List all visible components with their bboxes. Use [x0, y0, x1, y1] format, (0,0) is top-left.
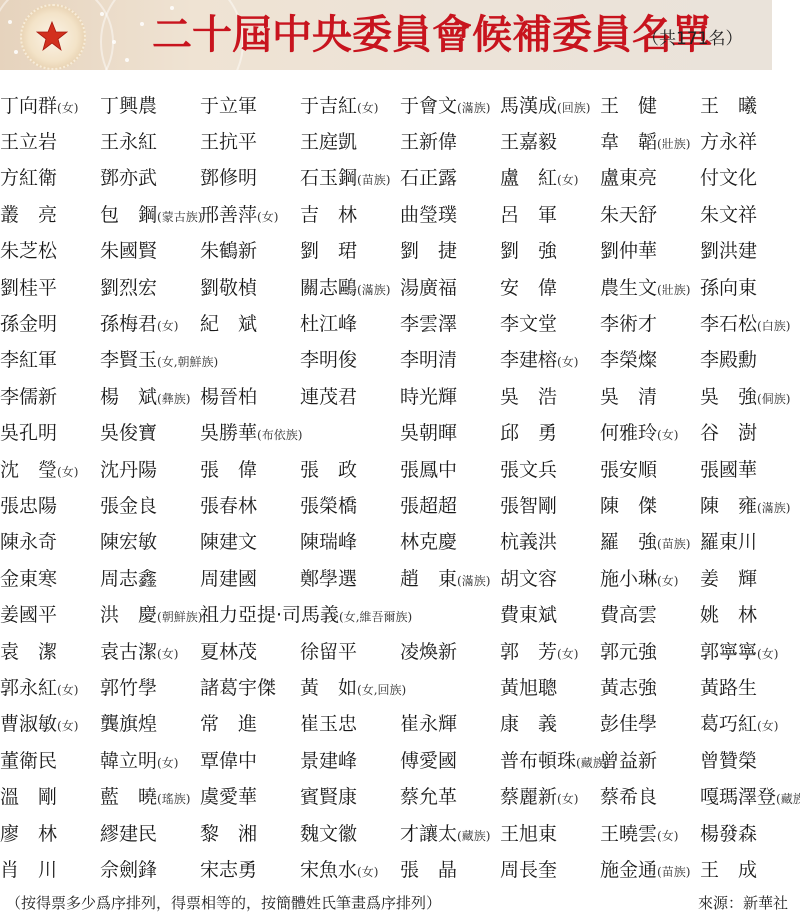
member-name: 吳俊寶 — [100, 422, 157, 444]
member-annotation: (滿族) — [757, 501, 790, 515]
member-name: 姚 林 — [700, 604, 757, 626]
list-item: 叢 亮 — [0, 200, 100, 227]
member-name: 朱天舒 — [600, 204, 657, 226]
list-item: 才讓太(藏族) — [400, 819, 500, 846]
list-item: 張榮橋 — [300, 491, 400, 518]
member-annotation: (女) — [657, 428, 678, 442]
member-name: 孫金明 — [0, 313, 57, 335]
member-name: 楊發森 — [700, 823, 757, 845]
member-name: 吳孔明 — [0, 422, 57, 444]
list-item: 丁興農 — [100, 91, 200, 118]
member-annotation: (滿族) — [357, 283, 390, 297]
member-name: 周建國 — [200, 568, 257, 590]
member-name: 王 曦 — [700, 95, 757, 117]
member-name: 陳永奇 — [0, 531, 57, 553]
member-name: 邱 勇 — [500, 422, 557, 444]
list-item: 朱文祥 — [700, 200, 800, 227]
member-name: 常 進 — [200, 713, 257, 735]
list-item: 郭竹學 — [100, 673, 200, 700]
list-item: 張超超 — [400, 491, 500, 518]
member-annotation: (女) — [757, 719, 778, 733]
member-annotation: (女) — [357, 865, 378, 879]
member-name: 張 偉 — [200, 459, 257, 481]
list-item: 周建國 — [200, 564, 300, 591]
list-item: 虞愛華 — [200, 782, 300, 809]
list-item: 周志鑫 — [100, 564, 200, 591]
list-item: 蔡麗新(女) — [500, 782, 600, 809]
member-name: 朱國賢 — [100, 240, 157, 262]
list-item: 韋 韜(壯族) — [600, 127, 700, 154]
member-name: 李文堂 — [500, 313, 557, 335]
list-item: 朱國賢 — [100, 236, 200, 263]
list-item: 邢善萍(女) — [200, 200, 300, 227]
list-item: 谷 澍 — [700, 418, 800, 445]
member-name: 姜國平 — [0, 604, 57, 626]
red-star-icon — [36, 20, 68, 52]
list-item: 方紅衛 — [0, 163, 100, 190]
list-item: 凌煥新 — [400, 637, 500, 664]
member-annotation: (苗族) — [357, 173, 390, 187]
member-name: 崔永輝 — [400, 713, 457, 735]
list-item: 王永紅 — [100, 127, 200, 154]
list-item: 董衛民 — [0, 746, 100, 773]
member-annotation: (女) — [657, 574, 678, 588]
member-name: 叢 亮 — [0, 204, 57, 226]
list-item: 沈 瑩(女) — [0, 455, 100, 482]
member-name: 李儒新 — [0, 386, 57, 408]
member-name: 陳瑞峰 — [300, 531, 357, 553]
member-name: 馬漢成 — [500, 95, 557, 117]
list-item: 康 義 — [500, 709, 600, 736]
name-row: 金東寒周志鑫周建國鄭學選趙 東(滿族)胡文容施小琳(女)姜 輝 — [0, 559, 800, 595]
member-name: 劉桂平 — [0, 277, 57, 299]
list-item: 祖力亞提·司馬義(女,維吾爾族) — [200, 600, 300, 627]
member-name: 孫向東 — [700, 277, 757, 299]
member-name: 景建峰 — [300, 750, 357, 772]
member-name: 鄧亦武 — [100, 167, 157, 189]
member-name: 吳 浩 — [500, 386, 557, 408]
member-name: 丁興農 — [100, 95, 157, 117]
member-annotation: (女) — [57, 465, 78, 479]
member-annotation: (女) — [157, 756, 178, 770]
list-item: 施金通(苗族) — [600, 855, 700, 882]
member-name: 朱文祥 — [700, 204, 757, 226]
member-name: 杜江峰 — [300, 313, 357, 335]
member-name: 吉 林 — [300, 204, 357, 226]
list-item: 洪 慶(朝鮮族) — [100, 600, 200, 627]
member-name: 李石松 — [700, 313, 757, 335]
list-item: 陳瑞峰 — [300, 527, 400, 554]
member-name: 曹淑敏 — [0, 713, 57, 735]
list-item: 普布頓珠(藏族) — [500, 746, 600, 773]
member-name: 曾益新 — [600, 750, 657, 772]
member-name: 黃 如 — [300, 677, 357, 699]
page-title: 二十屆中央委員會候補委員名單 — [152, 8, 712, 62]
member-annotation: (壯族) — [657, 137, 690, 151]
list-item: 王新偉 — [400, 127, 500, 154]
list-item: 丁向群(女) — [0, 91, 100, 118]
member-name: 劉 強 — [500, 240, 557, 262]
member-annotation: (女) — [757, 647, 778, 661]
member-annotation: (朝鮮族) — [157, 610, 202, 624]
name-row: 董衛民韓立明(女)覃偉中景建峰傅愛國普布頓珠(藏族)曾益新曾贊榮 — [0, 741, 800, 777]
list-item: 崔玉忠 — [300, 709, 400, 736]
list-item: 宋志勇 — [200, 855, 300, 882]
list-item: 劉仲華 — [600, 236, 700, 263]
list-item: 孫金明 — [0, 309, 100, 336]
list-item: 吳 清 — [600, 382, 700, 409]
list-item: 王旭東 — [500, 819, 600, 846]
member-name: 袁 潔 — [0, 641, 57, 663]
list-item: 彭佳學 — [600, 709, 700, 736]
member-name: 郭永紅 — [0, 677, 57, 699]
list-item: 陳 雍(滿族) — [700, 491, 800, 518]
member-name: 邢善萍 — [200, 204, 257, 226]
list-item: 覃偉中 — [200, 746, 300, 773]
member-name: 蔡希良 — [600, 786, 657, 808]
list-item: 陳永奇 — [0, 527, 100, 554]
name-row: 袁 潔袁古潔(女)夏林茂徐留平凌煥新郭 芳(女)郭元強郭寧寧(女) — [0, 632, 800, 668]
list-item: 張文兵 — [500, 455, 600, 482]
list-item: 杭義洪 — [500, 527, 600, 554]
member-name: 方永祥 — [700, 131, 757, 153]
list-item: 時光輝 — [400, 382, 500, 409]
list-item: 曲瑩璞 — [400, 200, 500, 227]
member-name: 沈 瑩 — [0, 459, 57, 481]
list-item: 李殿勳 — [700, 345, 800, 372]
member-name: 康 義 — [500, 713, 557, 735]
member-name: 張安順 — [600, 459, 657, 481]
list-item: 劉 捷 — [400, 236, 500, 263]
member-annotation: (女) — [557, 355, 578, 369]
list-item: 包 鋼(蒙古族) — [100, 200, 200, 227]
list-item: 徐留平 — [300, 637, 400, 664]
member-annotation: (女) — [557, 173, 578, 187]
member-name: 鄭學選 — [300, 568, 357, 590]
member-name: 湯廣福 — [400, 277, 457, 299]
list-item: 賓賢康 — [300, 782, 400, 809]
list-item: 盧東亮 — [600, 163, 700, 190]
list-item: 陳宏敏 — [100, 527, 200, 554]
member-annotation: (侗族) — [757, 392, 790, 406]
member-name: 楊 斌 — [100, 386, 157, 408]
list-item: 于吉紅(女) — [300, 91, 400, 118]
list-item: 盧 紅(女) — [500, 163, 600, 190]
list-item: 李紅軍 — [0, 345, 100, 372]
name-row: 王立岩王永紅王抗平王庭凱王新偉王嘉毅韋 韜(壯族)方永祥 — [0, 122, 800, 158]
list-item: 王立岩 — [0, 127, 100, 154]
list-item: 姜國平 — [0, 600, 100, 627]
list-item: 張鳳中 — [400, 455, 500, 482]
list-item: 王曉雲(女) — [600, 819, 700, 846]
member-name: 黃旭聰 — [500, 677, 557, 699]
list-item: 趙 東(滿族) — [400, 564, 500, 591]
member-name: 郭元強 — [600, 641, 657, 663]
list-item: 于會文(滿族) — [400, 91, 500, 118]
member-name: 劉 珺 — [300, 240, 357, 262]
member-annotation: (苗族) — [657, 537, 690, 551]
list-item: 王 曦 — [700, 91, 800, 118]
member-name: 谷 澍 — [700, 422, 757, 444]
member-name: 鄧修明 — [200, 167, 257, 189]
list-item: 施小琳(女) — [600, 564, 700, 591]
member-name: 徐留平 — [300, 641, 357, 663]
member-annotation: (壯族) — [657, 283, 690, 297]
member-name: 丁向群 — [0, 95, 57, 117]
list-item: 張智剛 — [500, 491, 600, 518]
member-annotation: (女,回族) — [357, 683, 406, 697]
member-name: 黃路生 — [700, 677, 757, 699]
member-name: 張智剛 — [500, 495, 557, 517]
member-name: 宋魚水 — [300, 859, 357, 881]
member-name: 張文兵 — [500, 459, 557, 481]
name-row: 張忠陽張金良張春林張榮橋張超超張智剛陳 傑陳 雍(滿族) — [0, 486, 800, 522]
list-item: 方永祥 — [700, 127, 800, 154]
list-item: 張春林 — [200, 491, 300, 518]
member-name: 蔡麗新 — [500, 786, 557, 808]
member-name: 王庭凱 — [300, 131, 357, 153]
member-name: 韋 韜 — [600, 131, 657, 153]
member-annotation: (滿族) — [457, 574, 490, 588]
member-name: 覃偉中 — [200, 750, 257, 772]
list-item: 李石松(白族) — [700, 309, 800, 336]
member-name: 安 偉 — [500, 277, 557, 299]
list-item: 黃路生 — [700, 673, 800, 700]
member-name: 曾贊榮 — [700, 750, 757, 772]
member-name: 張榮橋 — [300, 495, 357, 517]
member-name: 王立岩 — [0, 131, 57, 153]
member-name: 賓賢康 — [300, 786, 357, 808]
member-name: 吳 強 — [700, 386, 757, 408]
name-row: 曹淑敏(女)龔旗煌常 進崔玉忠崔永輝康 義彭佳學葛巧紅(女) — [0, 705, 800, 741]
member-name: 凌煥新 — [400, 641, 457, 663]
member-name: 趙 東 — [400, 568, 457, 590]
list-item: 鄧修明 — [200, 163, 300, 190]
list-item: 姚 林 — [700, 600, 800, 627]
member-name: 方紅衛 — [0, 167, 57, 189]
member-name: 劉 捷 — [400, 240, 457, 262]
member-name: 洪 慶 — [100, 604, 157, 626]
member-name: 金東寒 — [0, 568, 57, 590]
list-item: 曹淑敏(女) — [0, 709, 100, 736]
member-name: 時光輝 — [400, 386, 457, 408]
member-name: 佘劍鋒 — [100, 859, 157, 881]
member-name: 葛巧紅 — [700, 713, 757, 735]
member-name: 董衛民 — [0, 750, 57, 772]
list-item: 連茂君 — [300, 382, 400, 409]
member-name: 盧 紅 — [500, 167, 557, 189]
member-name: 呂 軍 — [500, 204, 557, 226]
list-item: 李雲澤 — [400, 309, 500, 336]
member-name: 王嘉毅 — [500, 131, 557, 153]
member-annotation: (女) — [57, 719, 78, 733]
list-item: 李文堂 — [500, 309, 600, 336]
member-annotation: (滿族) — [457, 101, 490, 115]
list-item: 溫 剛 — [0, 782, 100, 809]
list-item: 蔡希良 — [600, 782, 700, 809]
list-item: 吳 強(侗族) — [700, 382, 800, 409]
list-item: 紀 斌 — [200, 309, 300, 336]
list-item: 胡文容 — [500, 564, 600, 591]
member-name: 施金通 — [600, 859, 657, 881]
member-name: 龔旗煌 — [100, 713, 157, 735]
name-row: 肖 川佘劍鋒宋志勇宋魚水(女)張 晶周長奎施金通(苗族)王 成 — [0, 850, 800, 886]
member-name: 羅東川 — [700, 531, 757, 553]
list-item: 葛巧紅(女) — [700, 709, 800, 736]
list-item: 金東寒 — [0, 564, 100, 591]
list-item: 沈丹陽 — [100, 455, 200, 482]
list-item: 付文化 — [700, 163, 800, 190]
member-name: 王旭東 — [500, 823, 557, 845]
list-item: 費高雲 — [600, 600, 700, 627]
member-annotation: (回族) — [557, 101, 590, 115]
list-item: 崔永輝 — [400, 709, 500, 736]
member-name: 夏林茂 — [200, 641, 257, 663]
list-item: 吳朝暉 — [400, 418, 500, 445]
member-name: 石玉鋼 — [300, 167, 357, 189]
name-row: 沈 瑩(女)沈丹陽張 偉張 政張鳳中張文兵張安順張國華 — [0, 450, 800, 486]
member-name: 姜 輝 — [700, 568, 757, 590]
member-name: 紀 斌 — [200, 313, 257, 335]
member-name: 嘎瑪澤登 — [700, 786, 776, 808]
list-item: 羅 強(苗族) — [600, 527, 700, 554]
member-name: 蔡允革 — [400, 786, 457, 808]
member-name: 張金良 — [100, 495, 157, 517]
member-name: 郭竹學 — [100, 677, 157, 699]
list-item: 繆建民 — [100, 819, 200, 846]
name-row: 李紅軍李賢玉(女,朝鮮族)李明俊李明清李建榕(女)李榮燦李殿勳 — [0, 341, 800, 377]
list-item: 孫向東 — [700, 273, 800, 300]
member-name: 李雲澤 — [400, 313, 457, 335]
list-item: 王庭凱 — [300, 127, 400, 154]
member-name: 溫 剛 — [0, 786, 57, 808]
member-name: 李明俊 — [300, 349, 357, 371]
list-item: 鄭學選 — [300, 564, 400, 591]
list-item: 李建榕(女) — [500, 345, 600, 372]
list-item: 袁古潔(女) — [100, 637, 200, 664]
member-annotation: (女) — [657, 829, 678, 843]
list-item: 吳 浩 — [500, 382, 600, 409]
list-item: 陳建文 — [200, 527, 300, 554]
list-item: 農生文(壯族) — [600, 273, 700, 300]
list-item: 李賢玉(女,朝鮮族) — [100, 345, 200, 372]
list-item: 呂 軍 — [500, 200, 600, 227]
list-item: 吉 林 — [300, 200, 400, 227]
name-row: 朱芝松朱國賢朱鶴新劉 珺劉 捷劉 強劉仲華劉洪建 — [0, 232, 800, 268]
list-item: 周長奎 — [500, 855, 600, 882]
list-item: 張金良 — [100, 491, 200, 518]
list-item: 宋魚水(女) — [300, 855, 400, 882]
list-item: 吳勝華(布依族) — [200, 418, 300, 445]
member-name: 石正露 — [400, 167, 457, 189]
member-name: 李殿勳 — [700, 349, 757, 371]
member-name: 李賢玉 — [100, 349, 157, 371]
member-name: 包 鋼 — [100, 204, 157, 226]
member-name: 張春林 — [200, 495, 257, 517]
member-name: 繆建民 — [100, 823, 157, 845]
list-item: 常 進 — [200, 709, 300, 736]
decorative-dot — [100, 12, 104, 16]
member-name: 張忠陽 — [0, 495, 57, 517]
member-name: 韓立明 — [100, 750, 157, 772]
list-item: 李榮燦 — [600, 345, 700, 372]
member-name: 黎 湘 — [200, 823, 257, 845]
member-name: 費高雲 — [600, 604, 657, 626]
list-item: 郭元強 — [600, 637, 700, 664]
list-item: 姜 輝 — [700, 564, 800, 591]
list-item: 關志鷗(滿族) — [300, 273, 400, 300]
member-annotation: (女) — [57, 101, 78, 115]
member-name: 傅愛國 — [400, 750, 457, 772]
member-name: 廖 林 — [0, 823, 57, 845]
member-name: 吳勝華 — [200, 422, 257, 444]
member-name: 張 政 — [300, 459, 357, 481]
member-name: 羅 強 — [600, 531, 657, 553]
member-name: 肖 川 — [0, 859, 57, 881]
list-item: 吳俊寶 — [100, 418, 200, 445]
member-name: 祖力亞提·司馬義 — [200, 604, 339, 626]
name-row: 陳永奇陳宏敏陳建文陳瑞峰林克慶杭義洪羅 強(苗族)羅東川 — [0, 523, 800, 559]
source-credit: 來源：新華社 — [698, 892, 788, 913]
member-name: 張 晶 — [400, 859, 457, 881]
list-item: 楊發森 — [700, 819, 800, 846]
list-item: 黃 如(女,回族) — [300, 673, 400, 700]
member-annotation: (藏族) — [457, 829, 490, 843]
list-item: 曾益新 — [600, 746, 700, 773]
list-item: 劉烈宏 — [100, 273, 200, 300]
title-banner: 二十屆中央委員會候補委員名單 （共171名） — [0, 0, 772, 70]
member-name: 郭 芳 — [500, 641, 557, 663]
member-name: 費東斌 — [500, 604, 557, 626]
list-item: 龔旗煌 — [100, 709, 200, 736]
list-item: 費東斌 — [500, 600, 600, 627]
member-name: 何雅玲 — [600, 422, 657, 444]
list-item: 張 晶 — [400, 855, 500, 882]
member-name: 王 成 — [700, 859, 757, 881]
member-name: 于會文 — [400, 95, 457, 117]
decorative-dot — [125, 58, 129, 62]
name-row: 丁向群(女)丁興農于立軍于吉紅(女)于會文(滿族)馬漢成(回族)王 健王 曦 — [0, 86, 800, 122]
list-item: 李明俊 — [300, 345, 400, 372]
member-annotation: (布依族) — [257, 428, 302, 442]
member-name: 劉烈宏 — [100, 277, 157, 299]
member-annotation: (苗族) — [657, 865, 690, 879]
name-row: 吳孔明吳俊寶吳勝華(布依族)吳朝暉邱 勇何雅玲(女)谷 澍 — [0, 414, 800, 450]
list-item: 石玉鋼(苗族) — [300, 163, 400, 190]
list-item: 諸葛宇傑 — [200, 673, 300, 700]
list-item: 張國華 — [700, 455, 800, 482]
member-name: 朱芝松 — [0, 240, 57, 262]
member-name: 才讓太 — [400, 823, 457, 845]
member-name: 杭義洪 — [500, 531, 557, 553]
list-item: 安 偉 — [500, 273, 600, 300]
list-item: 蔡允革 — [400, 782, 500, 809]
member-name: 吳 清 — [600, 386, 657, 408]
list-item: 袁 潔 — [0, 637, 100, 664]
name-row: 方紅衛鄧亦武鄧修明石玉鋼(苗族)石正露盧 紅(女)盧東亮付文化 — [0, 159, 800, 195]
member-name: 王永紅 — [100, 131, 157, 153]
list-item: 藍 曉(瑤族) — [100, 782, 200, 809]
list-item: 湯廣福 — [400, 273, 500, 300]
member-annotation: (女,維吾爾族) — [339, 610, 412, 624]
list-item: 石正露 — [400, 163, 500, 190]
list-item: 劉 強 — [500, 236, 600, 263]
list-item: 張 政 — [300, 455, 400, 482]
list-item: 傅愛國 — [400, 746, 500, 773]
list-item: 羅東川 — [700, 527, 800, 554]
list-item: 郭寧寧(女) — [700, 637, 800, 664]
member-name: 李榮燦 — [600, 349, 657, 371]
